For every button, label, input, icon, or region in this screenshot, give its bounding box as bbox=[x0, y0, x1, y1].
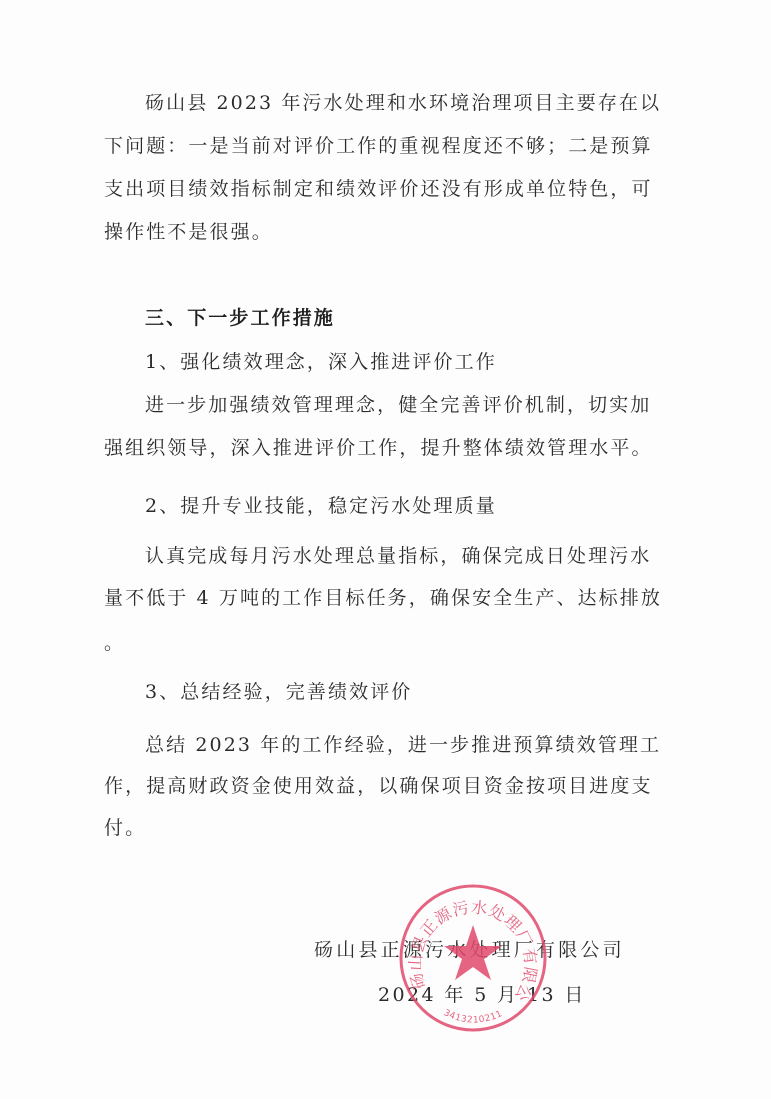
paragraph-problems-line-3: 支出项目绩效指标制定和绩效评价还没有形成单位特色，可 bbox=[104, 177, 664, 201]
item3-body-line-3: 付。 bbox=[104, 816, 664, 840]
item3-title: 3、总结经验，完善绩效评价 bbox=[145, 680, 705, 704]
paragraph-problems-line-2: 下问题：一是当前对评价工作的重视程度还不够；二是预算 bbox=[104, 134, 664, 158]
paragraph-problems-line-4: 操作性不是很强。 bbox=[104, 220, 664, 244]
item1-body-line-2: 强组织领导，深入推进评价工作，提升整体绩效管理水平。 bbox=[104, 436, 664, 460]
item2-title: 2、提升专业技能，稳定污水处理质量 bbox=[145, 494, 705, 518]
signature-date: 2024 年 5 月 13 日 bbox=[378, 983, 586, 1007]
signature-organization: 砀山县正源污水处理厂有限公司 bbox=[314, 938, 625, 962]
item3-body-line-1: 总结 2023 年的工作经验，进一步推进预算绩效管理工 bbox=[145, 733, 705, 757]
paragraph-problems-line-1: 砀山县 2023 年污水处理和水环境治理项目主要存在以 bbox=[145, 91, 705, 115]
item2-body-line-2: 量不低于 4 万吨的工作目标任务，确保安全生产、达标排放 bbox=[104, 586, 664, 610]
item1-title: 1、强化绩效理念，深入推进评价工作 bbox=[145, 350, 705, 374]
item1-body-line-1: 进一步加强绩效管理理念，健全完善评价机制，切实加 bbox=[145, 393, 705, 417]
document-page: 砀山县 2023 年污水处理和水环境治理项目主要存在以 下问题：一是当前对评价工… bbox=[0, 0, 771, 1099]
item2-body-line-3: 。 bbox=[104, 631, 664, 655]
seal-code-text: 3413210211 bbox=[442, 1008, 505, 1025]
item3-body-line-2: 作，提高财政资金使用效益，以确保项目资金按项目进度支 bbox=[104, 774, 664, 798]
item2-body-line-1: 认真完成每月污水处理总量指标，确保完成日处理污水 bbox=[145, 544, 705, 568]
section-heading: 三、下一步工作措施 bbox=[145, 306, 705, 330]
